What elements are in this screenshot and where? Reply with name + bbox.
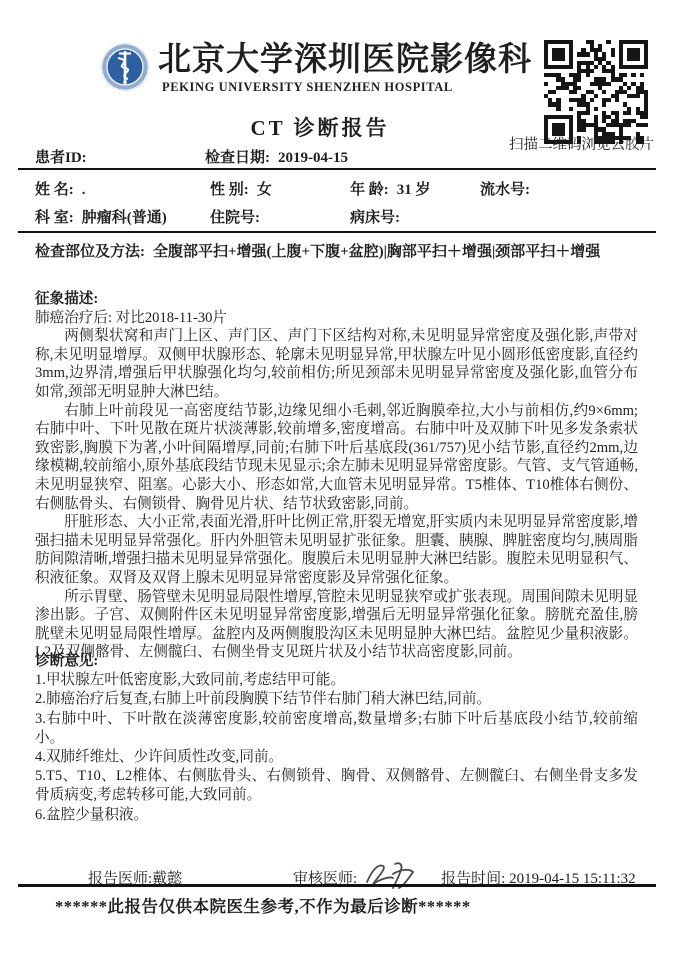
- qr-code: [544, 40, 648, 144]
- patient-id-row: 患者ID: 检查日期: 2019-04-15: [0, 146, 674, 167]
- patient-id-field: 患者ID:: [35, 146, 205, 167]
- exam-method-label: 检查部位及方法:: [35, 240, 145, 261]
- hospital-name-en: PEKING UNIVERSITY SHENZHEN HOSPITAL: [162, 80, 532, 95]
- gender-value: 女: [257, 178, 272, 199]
- exam-method-row: 检查部位及方法: 全腹部平扫+增强(上腹+下腹+盆腔)|胸部平扫＋增强|颈部平扫…: [0, 240, 674, 261]
- name-field: 姓 名: .: [35, 178, 210, 199]
- impression-item: 1.甲状腺左叶低密度影,大致同前,考虑结甲可能。: [35, 671, 638, 690]
- gender-field: 性 别: 女: [210, 178, 350, 199]
- qr-block: [544, 40, 648, 144]
- findings-paragraph: 右肺上叶前段见一高密度结节影,边缘见细小毛刺,邻近胸膜牵拉,大小与前相仿,约9×…: [35, 402, 638, 514]
- findings-subtitle: 肺癌治疗后: 对比2018-11-30片: [35, 309, 638, 328]
- exam-date-field: 检查日期: 2019-04-15: [205, 146, 348, 167]
- age-field: 年 龄: 31 岁: [350, 178, 480, 199]
- dept-field: 科 室: 肿瘤科(普通): [35, 206, 210, 227]
- findings-section: 征象描述: 肺癌治疗后: 对比2018-11-30片 两侧梨状窝和声门上区、声门…: [35, 290, 638, 662]
- ct-report-page: 北京大学深圳医院影像科 PEKING UNIVERSITY SHENZHEN H…: [0, 0, 674, 953]
- findings-paragraph: 肝脏形态、大小正常,表面光滑,肝叶比例正常,肝裂无增宽,肝实质内未见明显异常密度…: [35, 513, 638, 587]
- impression-section: 诊断意见: 1.甲状腺左叶低密度影,大致同前,考虑结甲可能。 2.肺癌治疗后复查…: [35, 652, 638, 825]
- impression-item: 6.盆腔少量积液。: [35, 806, 638, 825]
- admission-label: 住院号:: [210, 206, 260, 227]
- admission-field: 住院号:: [210, 206, 350, 227]
- impression-item: 3.右肺中叶、下叶散在淡薄密度影,较前密度增高,数量增多;右肺下叶后基底段小结节…: [35, 710, 638, 748]
- divider-top: [18, 168, 656, 170]
- bed-field: 病床号:: [350, 206, 408, 227]
- hospital-brand: 北京大学深圳医院影像科 PEKING UNIVERSITY SHENZHEN H…: [100, 42, 532, 95]
- divider-mid: [18, 231, 656, 233]
- divider-bottom: [18, 884, 656, 887]
- impression-item: 2.肺癌治疗后复查,右肺上叶前段胸膜下结节伴右肺门稍大淋巴结,同前。: [35, 690, 638, 709]
- serial-field: 流水号:: [480, 178, 538, 199]
- name-label: 姓 名:: [35, 178, 74, 199]
- findings-title: 征象描述:: [35, 290, 638, 309]
- impression-title: 诊断意见:: [35, 652, 638, 671]
- patient-name-row: 姓 名: . 性 别: 女 年 龄: 31 岁 流水号:: [0, 178, 674, 199]
- hospital-name-cn: 北京大学深圳医院影像科: [158, 42, 532, 78]
- exam-date-label: 检查日期:: [205, 146, 270, 167]
- gender-label: 性 别:: [210, 178, 249, 199]
- findings-paragraph: 两侧梨状窝和声门上区、声门区、声门下区结构对称,未见明显异常密度及强化影,声带对…: [35, 327, 638, 401]
- hospital-names: 北京大学深圳医院影像科 PEKING UNIVERSITY SHENZHEN H…: [158, 42, 532, 95]
- findings-paragraph: 所示胃壁、肠管壁未见明显局限性增厚,管腔未见明显狭窄或扩张表现。周围间隙未见明显…: [35, 588, 638, 662]
- caduceus-logo-icon: [100, 42, 150, 92]
- exam-method-field: 检查部位及方法: 全腹部平扫+增强(上腹+下腹+盆腔)|胸部平扫＋增强|颈部平扫…: [35, 240, 600, 261]
- bed-label: 病床号:: [350, 206, 400, 227]
- dept-value: 肿瘤科(普通): [82, 206, 167, 227]
- exam-method-value: 全腹部平扫+增强(上腹+下腹+盆腔)|胸部平扫＋增强|颈部平扫＋增强: [153, 240, 600, 261]
- age-label: 年 龄:: [350, 178, 389, 199]
- disclaimer-text: ******此报告仅供本院医生参考,不作为最后诊断******: [55, 893, 471, 917]
- patient-dept-row: 科 室: 肿瘤科(普通) 住院号: 病床号:: [0, 206, 674, 227]
- dept-label: 科 室:: [35, 206, 74, 227]
- serial-label: 流水号:: [480, 178, 530, 199]
- impression-item: 5.T5、T10、L2椎体、右侧肱骨头、右侧锁骨、胸骨、双侧髂骨、左侧髋臼、右侧…: [35, 767, 638, 805]
- age-value: 31 岁: [397, 178, 431, 199]
- name-value: .: [82, 182, 86, 199]
- patient-id-label: 患者ID:: [35, 146, 87, 167]
- impression-item: 4.双肺纤维灶、少许间质性改变,同前。: [35, 748, 638, 767]
- exam-date-value: 2019-04-15: [278, 150, 348, 167]
